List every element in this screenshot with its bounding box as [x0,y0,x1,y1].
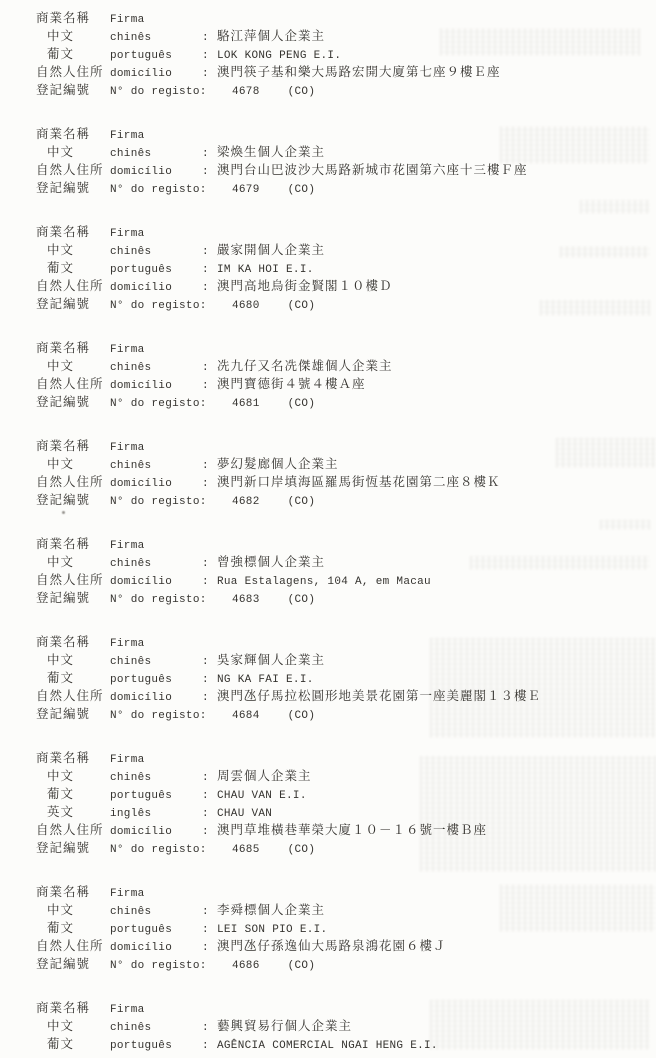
chinese-label-zh: 中文 [36,650,110,668]
portuguese-label-zh: 葡文 [36,784,110,802]
registry-label-zh: 登記編號 [36,80,110,98]
english-name-value: CHAU VAN [217,808,656,820]
chinese-name-row: 中文chinês:夢幻髮廊個人企業主 [36,454,656,472]
firm-label-zh: 商業名稱 [36,632,110,650]
firm-label-zh: 商業名稱 [36,124,110,142]
colon: : [202,460,217,472]
registry-entry: 商業名稱Firma中文chinês:冼九仔又名冼傑雄個人企業主自然人住所domi… [36,338,656,410]
firm-header-row: 商業名稱Firma [36,632,656,650]
chinese-name-row: 中文chinês:藝興貿易行個人企業主 [36,1016,656,1034]
colon: : [202,32,217,44]
address-value: 澳門草堆橫巷華榮大廈１０－１６號一樓Ｂ座 [217,820,656,838]
firm-header-row: 商業名稱Firma [36,338,656,356]
firm-label-zh: 商業名稱 [36,998,110,1016]
chinese-name-value: 夢幻髮廊個人企業主 [217,454,656,472]
registry-label-pt: N° do registo: [110,300,206,312]
registry-number: 4684 [232,710,260,722]
registry-entry: 商業名稱Firma中文chinês:曾強標個人企業主自然人住所domicílio… [36,534,656,606]
chinese-label-pt: chinês [110,772,202,784]
registry-entry: 商業名稱Firma中文chinês:周雲個人企業主葡文português:CHA… [36,748,656,856]
firm-label-pt: Firma [110,1004,202,1016]
address-label-pt: domicílio [110,282,202,294]
colon: : [202,68,217,80]
address-label-zh: 自然人住所 [36,62,110,80]
chinese-name-row: 中文chinês:駱江萍個人企業主 [36,26,656,44]
chinese-name-value: 梁煥生個人企業主 [217,142,656,160]
portuguese-label-pt: português [110,674,202,686]
firm-header-row: 商業名稱Firma [36,882,656,900]
registry-entry: 商業名稱Firma中文chinês:嚴家開個人企業主葡文português:IM… [36,222,656,312]
firm-header-row: 商業名稱Firma [36,436,656,454]
registry-entry: 商業名稱Firma中文chinês:李舜標個人企業主葡文português:LE… [36,882,656,972]
portuguese-label-pt: português [110,924,202,936]
registry-row: 登記編號N° do registo:4682(CO) [36,490,656,508]
firm-label-pt: Firma [110,540,202,552]
address-label-pt: domicílio [110,826,202,838]
address-label-zh: 自然人住所 [36,276,110,294]
address-label-pt: domicílio [110,380,202,392]
firm-header-row: 商業名稱Firma [36,748,656,766]
registry-row: 登記編號N° do registo:4684(CO) [36,704,656,722]
address-row: 自然人住所domicílio:澳門台山巴波沙大馬路新城市花園第六座十三樓Ｆ座 [36,160,656,178]
registry-number: 4678 [232,86,260,98]
chinese-name-row: 中文chinês:冼九仔又名冼傑雄個人企業主 [36,356,656,374]
chinese-label-pt: chinês [110,32,202,44]
registry-suffix: (CO) [288,184,316,196]
registry-number: 4680 [232,300,260,312]
portuguese-name-value: AGÊNCIA COMERCIAL NGAI HENG E.I. [217,1040,656,1052]
portuguese-name-row: 葡文português:IM KA HOI E.I. [36,258,656,276]
colon: : [202,656,217,668]
registry-label-pt: N° do registo: [110,594,206,606]
address-row: 自然人住所domicílio:澳門氹仔馬拉松圓形地美景花園第一座美麗閣１３樓Ｅ [36,686,656,704]
colon: : [202,1022,217,1034]
registry-entry: 商業名稱Firma中文chinês:吳家輝個人企業主葡文português:NG… [36,632,656,722]
registry-label-zh: 登記編號 [36,294,110,312]
chinese-name-row: 中文chinês:李舜標個人企業主 [36,900,656,918]
chinese-label-zh: 中文 [36,766,110,784]
firm-header-row: 商業名稱Firma [36,534,656,552]
portuguese-name-row: 葡文português:LOK KONG PENG E.I. [36,44,656,62]
chinese-label-zh: 中文 [36,240,110,258]
portuguese-name-value: LOK KONG PENG E.I. [217,50,656,62]
address-row: 自然人住所domicílio:澳門草堆橫巷華榮大廈１０－１６號一樓Ｂ座 [36,820,656,838]
registry-label-pt: N° do registo: [110,184,206,196]
colon: : [202,826,217,838]
registry-label-zh: 登記編號 [36,954,110,972]
registry-label-zh: 登記編號 [36,178,110,196]
address-row: 自然人住所domicílio:澳門氹仔孫逸仙大馬路泉鴻花園６樓Ｊ [36,936,656,954]
address-value: 澳門氹仔孫逸仙大馬路泉鴻花園６樓Ｊ [217,936,656,954]
firm-label-zh: 商業名稱 [36,882,110,900]
firm-label-zh: 商業名稱 [36,8,110,26]
registry-entry: 商業名稱Firma中文chinês:梁煥生個人企業主自然人住所domicílio… [36,124,656,196]
chinese-name-value: 曾強標個人企業主 [217,552,656,570]
colon: : [202,478,217,490]
portuguese-label-zh: 葡文 [36,668,110,686]
chinese-name-row: 中文chinês:周雲個人企業主 [36,766,656,784]
chinese-label-zh: 中文 [36,26,110,44]
chinese-label-zh: 中文 [36,1016,110,1034]
registry-row: 登記編號N° do registo:4686(CO) [36,954,656,972]
registry-label-zh: 登記編號 [36,490,110,508]
address-label-pt: domicílio [110,166,202,178]
colon: : [202,148,217,160]
colon: : [202,166,217,178]
chinese-label-pt: chinês [110,148,202,160]
portuguese-label-zh: 葡文 [36,918,110,936]
registry-row: 登記編號N° do registo:4685(CO) [36,838,656,856]
english-label-pt: inglês [110,808,202,820]
address-value: 澳門新口岸填海區羅馬街恆基花園第二座８樓Ｋ [217,472,656,490]
registry-row: 登記編號N° do registo:4683(CO) [36,588,656,606]
registry-number: 4685 [232,844,260,856]
portuguese-name-value: CHAU VAN E.I. [217,790,656,802]
colon: : [202,246,217,258]
address-value: 澳門氹仔馬拉松圓形地美景花園第一座美麗閣１３樓Ｅ [217,686,656,704]
registry-row: 登記編號N° do registo:4681(CO) [36,392,656,410]
address-label-pt: domicílio [110,478,202,490]
firm-header-row: 商業名稱Firma [36,222,656,240]
entries-container: 商業名稱Firma中文chinês:駱江萍個人企業主葡文português:LO… [36,8,656,1052]
address-value: 澳門寶德街４號４樓Ａ座 [217,374,656,392]
firm-label-zh: 商業名稱 [36,748,110,766]
chinese-label-zh: 中文 [36,552,110,570]
portuguese-name-value: NG KA FAI E.I. [217,674,656,686]
portuguese-name-row: 葡文português:CHAU VAN E.I. [36,784,656,802]
registry-label-pt: N° do registo: [110,398,206,410]
registry-entry: 商業名稱Firma中文chinês:駱江萍個人企業主葡文português:LO… [36,8,656,98]
chinese-name-value: 駱江萍個人企業主 [217,26,656,44]
portuguese-name-row: 葡文português:AGÊNCIA COMERCIAL NGAI HENG … [36,1034,656,1052]
english-label-zh: 英文 [36,802,110,820]
colon: : [202,576,217,588]
colon: : [202,264,217,276]
portuguese-name-value: IM KA HOI E.I. [217,264,656,276]
chinese-name-value: 周雲個人企業主 [217,766,656,784]
registry-label-zh: 登記編號 [36,588,110,606]
registry-row: 登記編號N° do registo:4680(CO) [36,294,656,312]
address-label-zh: 自然人住所 [36,374,110,392]
colon: : [202,380,217,392]
firm-label-zh: 商業名稱 [36,222,110,240]
colon: : [202,692,217,704]
firm-label-pt: Firma [110,14,202,26]
registry-label-zh: 登記編號 [36,838,110,856]
chinese-name-value: 冼九仔又名冼傑雄個人企業主 [217,356,656,374]
firm-label-pt: Firma [110,638,202,650]
chinese-label-zh: 中文 [36,900,110,918]
colon: : [202,50,217,62]
firm-label-pt: Firma [110,442,202,454]
chinese-name-row: 中文chinês:梁煥生個人企業主 [36,142,656,160]
registry-label-pt: N° do registo: [110,710,206,722]
firm-label-pt: Firma [110,888,202,900]
registry-suffix: (CO) [288,86,316,98]
chinese-label-pt: chinês [110,1022,202,1034]
colon: : [202,362,217,374]
address-label-zh: 自然人住所 [36,686,110,704]
registry-label-pt: N° do registo: [110,844,206,856]
registry-label-zh: 登記編號 [36,704,110,722]
chinese-label-pt: chinês [110,246,202,258]
portuguese-name-row: 葡文português:NG KA FAI E.I. [36,668,656,686]
colon: : [202,808,217,820]
address-label-zh: 自然人住所 [36,472,110,490]
registry-row: 登記編號N° do registo:4679(CO) [36,178,656,196]
address-label-zh: 自然人住所 [36,820,110,838]
address-value: Rua Estalagens, 104 A, em Macau [217,576,656,588]
chinese-name-row: 中文chinês:嚴家開個人企業主 [36,240,656,258]
portuguese-label-pt: português [110,50,202,62]
chinese-label-pt: chinês [110,656,202,668]
firm-label-zh: 商業名稱 [36,534,110,552]
chinese-label-zh: 中文 [36,356,110,374]
chinese-label-pt: chinês [110,460,202,472]
colon: : [202,924,217,936]
registry-number: 4682 [232,496,260,508]
portuguese-label-pt: português [110,1040,202,1052]
address-row: 自然人住所domicílio:Rua Estalagens, 104 A, em… [36,570,656,588]
firm-label-pt: Firma [110,754,202,766]
address-label-zh: 自然人住所 [36,570,110,588]
registry-row: 登記編號N° do registo:4678(CO) [36,80,656,98]
firm-label-pt: Firma [110,228,202,240]
address-label-pt: domicílio [110,68,202,80]
address-value: 澳門台山巴波沙大馬路新城市花園第六座十三樓Ｆ座 [217,160,656,178]
colon: : [202,942,217,954]
portuguese-label-zh: 葡文 [36,1034,110,1052]
firm-label-pt: Firma [110,344,202,356]
chinese-name-value: 李舜標個人企業主 [217,900,656,918]
registry-number: 4683 [232,594,260,606]
address-row: 自然人住所domicílio:澳門筷子基和樂大馬路宏開大廈第七座９樓Ｅ座 [36,62,656,80]
chinese-name-value: 嚴家開個人企業主 [217,240,656,258]
registry-suffix: (CO) [288,594,316,606]
colon: : [202,1040,217,1052]
chinese-name-row: 中文chinês:曾強標個人企業主 [36,552,656,570]
colon: : [202,790,217,802]
portuguese-label-zh: 葡文 [36,44,110,62]
address-row: 自然人住所domicílio:澳門新口岸填海區羅馬街恆基花園第二座８樓Ｋ [36,472,656,490]
portuguese-name-value: LEI SON PIO E.I. [217,924,656,936]
registry-label-pt: N° do registo: [110,496,206,508]
address-label-zh: 自然人住所 [36,936,110,954]
registry-suffix: (CO) [288,710,316,722]
registry-number: 4686 [232,960,260,972]
registry-suffix: (CO) [288,960,316,972]
portuguese-label-pt: português [110,790,202,802]
portuguese-label-zh: 葡文 [36,258,110,276]
chinese-label-pt: chinês [110,558,202,570]
colon: : [202,558,217,570]
address-label-zh: 自然人住所 [36,160,110,178]
address-value: 澳門高地烏街金賢閣１０樓Ｄ [217,276,656,294]
chinese-label-zh: 中文 [36,142,110,160]
registry-suffix: (CO) [288,300,316,312]
colon: : [202,906,217,918]
address-row: 自然人住所domicílio:澳門寶德街４號４樓Ａ座 [36,374,656,392]
registry-number: 4681 [232,398,260,410]
colon: : [202,674,217,686]
registry-number: 4679 [232,184,260,196]
portuguese-label-pt: português [110,264,202,276]
chinese-name-value: 吳家輝個人企業主 [217,650,656,668]
chinese-name-row: 中文chinês:吳家輝個人企業主 [36,650,656,668]
document-page: 商業名稱Firma中文chinês:駱江萍個人企業主葡文português:LO… [0,0,656,1058]
colon: : [202,282,217,294]
registry-entry: 商業名稱Firma中文chinês:夢幻髮廊個人企業主自然人住所domicíli… [36,436,656,508]
address-label-pt: domicílio [110,692,202,704]
registry-label-zh: 登記編號 [36,392,110,410]
chinese-label-pt: chinês [110,906,202,918]
registry-label-pt: N° do registo: [110,960,206,972]
portuguese-name-row: 葡文português:LEI SON PIO E.I. [36,918,656,936]
registry-suffix: (CO) [288,496,316,508]
firm-label-zh: 商業名稱 [36,338,110,356]
firm-header-row: 商業名稱Firma [36,8,656,26]
address-label-pt: domicílio [110,942,202,954]
registry-label-pt: N° do registo: [110,86,206,98]
chinese-label-pt: chinês [110,362,202,374]
registry-entry: 商業名稱Firma中文chinês:藝興貿易行個人企業主葡文português:… [36,998,656,1052]
address-row: 自然人住所domicílio:澳門高地烏街金賢閣１０樓Ｄ [36,276,656,294]
chinese-name-value: 藝興貿易行個人企業主 [217,1016,656,1034]
address-label-pt: domicílio [110,576,202,588]
firm-header-row: 商業名稱Firma [36,124,656,142]
chinese-label-zh: 中文 [36,454,110,472]
firm-label-pt: Firma [110,130,202,142]
registry-suffix: (CO) [288,844,316,856]
firm-label-zh: 商業名稱 [36,436,110,454]
registry-suffix: (CO) [288,398,316,410]
colon: : [202,772,217,784]
english-name-row: 英文inglês:CHAU VAN [36,802,656,820]
firm-header-row: 商業名稱Firma [36,998,656,1016]
address-value: 澳門筷子基和樂大馬路宏開大廈第七座９樓Ｅ座 [217,62,656,80]
